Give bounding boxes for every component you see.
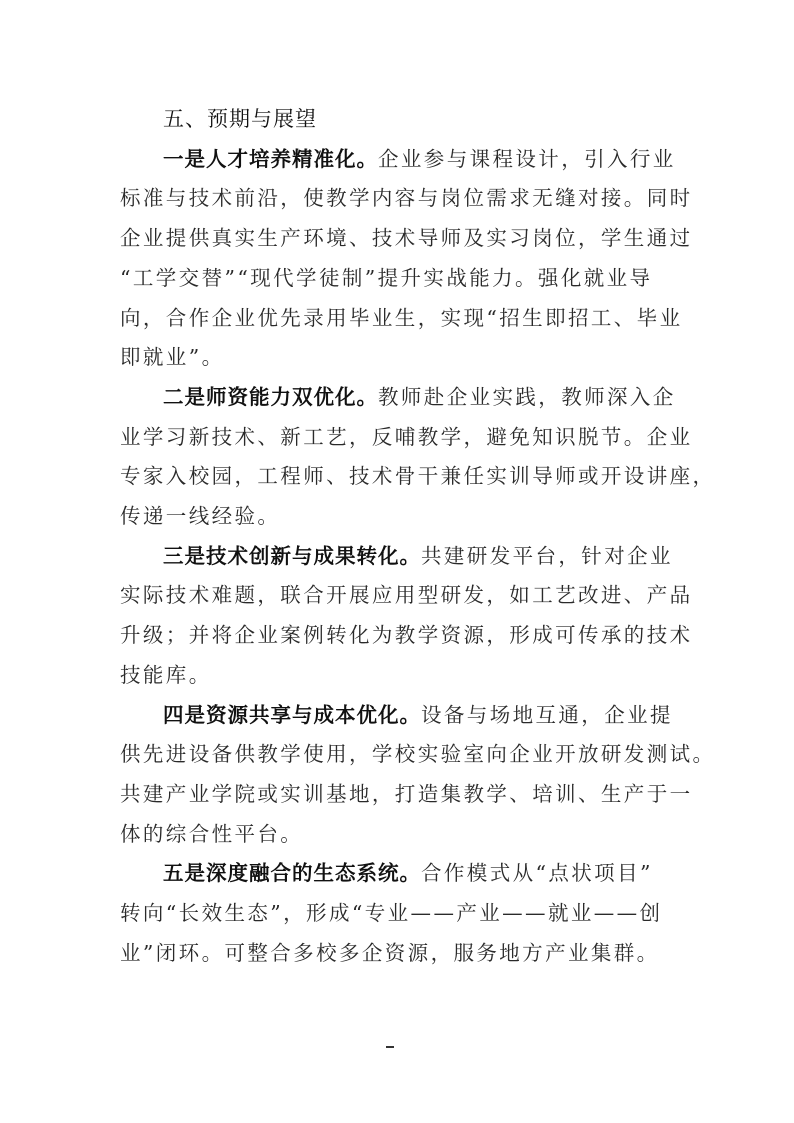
paragraph-lead: 三是技术创新与成果转化。	[163, 544, 421, 568]
paragraph-talent-training: 一是人才培养精准化。企业参与课程设计，引入行业 标准与技术前沿，使教学内容与岗位…	[120, 140, 674, 378]
paragraph-lead: 一是人才培养精准化。	[163, 147, 378, 171]
paragraph-line: 即就业”。	[120, 338, 674, 378]
paragraph-resource-sharing: 四是资源共享与成本优化。设备与场地互通，企业提 供先进设备供教学使用，学校实验室…	[120, 696, 674, 855]
paragraph-first-line: 一是人才培养精准化。企业参与课程设计，引入行业	[120, 140, 674, 180]
paragraph-ecosystem: 五是深度融合的生态系统。合作模式从“点状项目” 转向“长效生态”，形成“专业——…	[120, 854, 674, 973]
paragraph-line: 标准与技术前沿，使教学内容与岗位需求无缝对接。同时	[120, 179, 674, 219]
paragraph-first-line: 四是资源共享与成本优化。设备与场地互通，企业提	[120, 696, 674, 736]
paragraph-lead: 四是资源共享与成本优化。	[163, 703, 421, 727]
paragraph-line: 升级；并将企业案例转化为教学资源，形成可传承的技术	[120, 616, 674, 656]
paragraph-line: 向，合作企业优先录用毕业生，实现“招生即招工、毕业	[120, 299, 674, 339]
paragraph-text: 设备与场地互通，企业提	[421, 703, 673, 727]
paragraph-lead: 五是深度融合的生态系统。	[163, 861, 421, 885]
paragraph-line: 业”闭环。可整合多校多企资源，服务地方产业集群。	[120, 934, 674, 974]
paragraph-line: 供先进设备供教学使用，学校实验室向企业开放研发测试。	[120, 735, 674, 775]
paragraph-line: 业学习新技术、新工艺，反哺教学，避免知识脱节。企业	[120, 418, 674, 458]
section-heading: 五、预期与展望	[120, 100, 674, 140]
paragraph-first-line: 二是师资能力双优化。教师赴企业实践，教师深入企	[120, 378, 674, 418]
paragraph-line: 传递一线经验。	[120, 497, 674, 537]
paragraph-tech-innovation: 三是技术创新与成果转化。共建研发平台，针对企业 实际技术难题，联合开展应用型研发…	[120, 537, 674, 696]
paragraph-line: 企业提供真实生产环境、技术导师及实习岗位，学生通过	[120, 219, 674, 259]
paragraph-lead: 二是师资能力双优化。	[163, 385, 378, 409]
paragraph-line: 体的综合性平台。	[120, 815, 674, 855]
paragraph-line: 转向“长效生态”，形成“专业——产业——就业——创	[120, 894, 674, 934]
paragraph-line: “工学交替”“现代学徒制”提升实战能力。强化就业导	[120, 259, 674, 299]
paragraph-line: 技能库。	[120, 656, 674, 696]
paragraph-text: 教师赴企业实践，教师深入企	[378, 385, 676, 409]
paragraph-first-line: 三是技术创新与成果转化。共建研发平台，针对企业	[120, 537, 674, 577]
paragraph-faculty-optimization: 二是师资能力双优化。教师赴企业实践，教师深入企 业学习新技术、新工艺，反哺教学，…	[120, 378, 674, 537]
document-page: 五、预期与展望 一是人才培养精准化。企业参与课程设计，引入行业 标准与技术前沿，…	[120, 100, 674, 973]
paragraph-line: 共建产业学院或实训基地，打造集教学、培训、生产于一	[120, 775, 674, 815]
page-number-marker	[386, 1046, 394, 1048]
paragraph-first-line: 五是深度融合的生态系统。合作模式从“点状项目”	[120, 854, 674, 894]
paragraph-text: 共建研发平台，针对企业	[421, 544, 673, 568]
paragraph-text: 合作模式从“点状项目”	[421, 861, 653, 885]
paragraph-text: 企业参与课程设计，引入行业	[378, 147, 676, 171]
paragraph-line: 专家入校园，工程师、技术骨干兼任实训导师或开设讲座，	[120, 457, 674, 497]
paragraph-line: 实际技术难题，联合开展应用型研发，如工艺改进、产品	[120, 576, 674, 616]
